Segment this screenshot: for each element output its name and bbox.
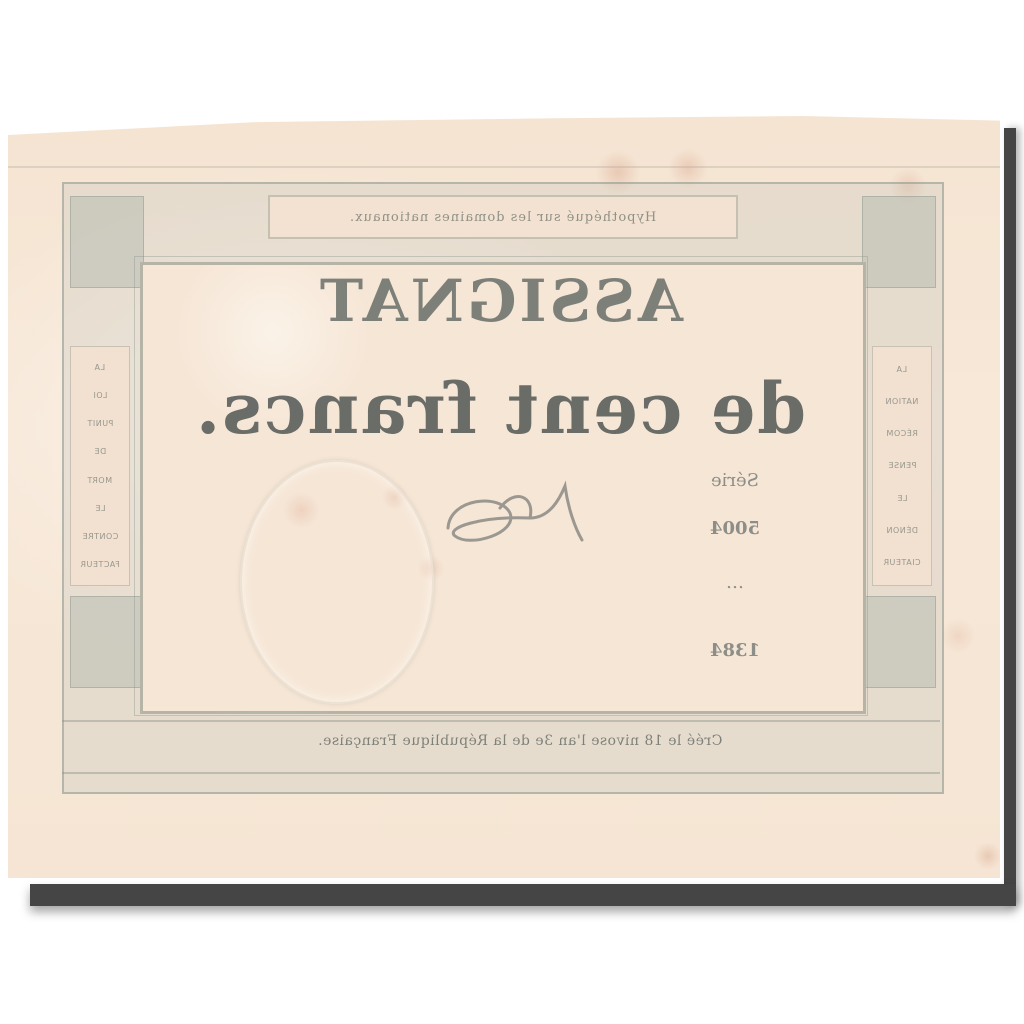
drop-shadow-bottom [30, 884, 1016, 906]
corner-ornament-bottom-left [70, 596, 144, 688]
right-panel-word: CIATEUR [883, 558, 921, 567]
right-side-panel: LA NATION RÉCOM PENSE LE DÉNON CIATEUR [872, 346, 932, 586]
right-panel-word: LA [896, 365, 907, 374]
left-panel-word: FACTEUR [80, 560, 120, 569]
right-panel-word: NATION [885, 397, 918, 406]
left-panel-word: LA [94, 363, 105, 372]
right-panel-word: DÉNON [886, 526, 918, 535]
left-panel-word: CONTRE [82, 532, 118, 541]
corner-ornament-bottom-right [862, 596, 936, 688]
serial-label: Série [700, 470, 770, 491]
serial-number-2: 1384 [700, 640, 770, 661]
drop-shadow-right [1004, 128, 1016, 906]
corner-ornament-top-left [70, 196, 144, 288]
right-panel-word: PENSE [888, 461, 917, 470]
title-denomination: de cent francs. [150, 374, 850, 444]
title-assignat: ASSIGNAT [300, 272, 700, 330]
embossed-seal [240, 460, 434, 704]
creation-date-text: Créé le 18 nivose l'an 3e de la Républiq… [220, 733, 820, 749]
bottom-band-rule-bottom [62, 772, 940, 774]
signature-flourish [440, 478, 590, 558]
left-panel-word: LE [95, 504, 106, 513]
bottom-band-rule-top [62, 720, 940, 722]
serial-number: 5004 [700, 518, 770, 539]
paper-fold-line [8, 166, 1000, 168]
serial-signature: … [700, 572, 770, 593]
left-panel-word: LOI [93, 391, 107, 400]
left-side-panel: LA LOI PUNIT DE MORT LE CONTRE FACTEUR [70, 346, 130, 586]
left-panel-word: PUNIT [87, 419, 113, 428]
cartouche-text: Hypothéqué sur les domaines nationaux. [349, 210, 656, 225]
right-panel-word: RÉCOM [886, 429, 918, 438]
top-cartouche: Hypothéqué sur les domaines nationaux. [268, 195, 738, 239]
corner-ornament-top-right [862, 196, 936, 288]
left-panel-word: MORT [87, 476, 112, 485]
left-panel-word: DE [94, 447, 106, 456]
right-panel-word: LE [897, 494, 908, 503]
